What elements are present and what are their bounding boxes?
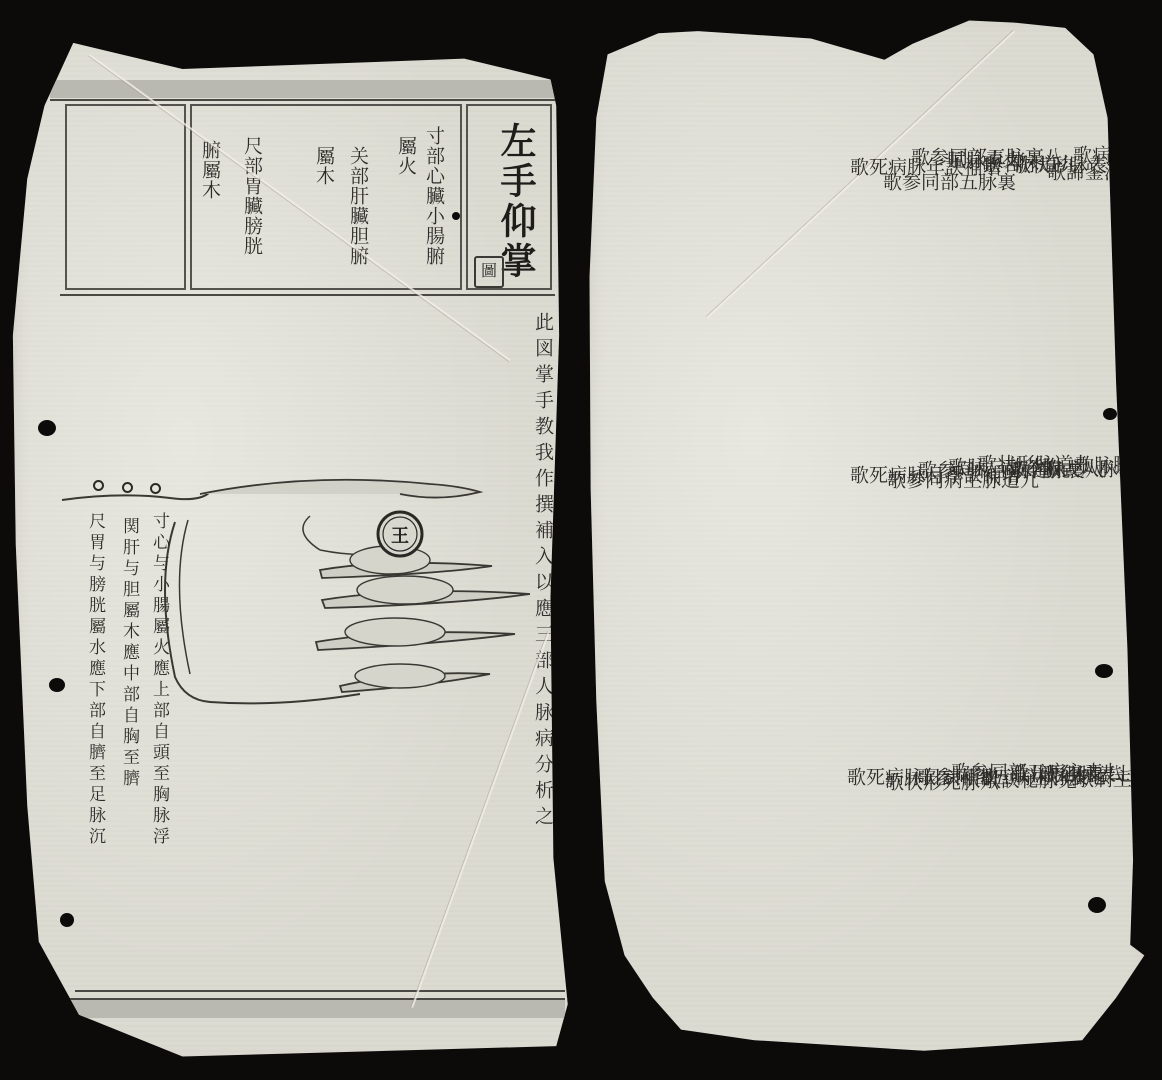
diagram-note-chi: 尺胃与膀胱屬水應下部自臍至足脉沉 — [86, 512, 103, 848]
wormhole — [452, 212, 460, 220]
header-empty-box — [65, 104, 186, 290]
bottom-rule-1 — [75, 990, 565, 992]
side-note: 此図掌手教我作撰補入以應三部人脉病分析之 — [533, 312, 552, 832]
entry: 增補訣日脉病死歌 — [845, 767, 997, 787]
wormhole — [1088, 897, 1106, 913]
wormhole — [60, 913, 74, 927]
bottom-border-band — [70, 1000, 565, 1018]
diagram-note-cun: 寸心与小腸屬火應上部自頭至胸脉浮 — [150, 512, 167, 848]
wormhole — [49, 678, 65, 692]
header-col-1: 寸部心臟小腸腑 — [424, 126, 443, 266]
wormhole — [1103, 408, 1117, 420]
entry: 增補訣年脉病死歌 — [848, 157, 1000, 177]
right-page: 肝臟主病歌 脉法鉴諦歌 七表脉形状歌 九道脉名歌 太素脉賦 八裏脉五部同参歌 裏… — [585, 12, 1150, 1072]
left-page: 左手仰掌 圖 寸部心臟小腸腑 屬火 关部肝臟胆腑 屬木 尺部胃臟膀胱 腑屬木 此… — [10, 22, 585, 1067]
top-rule — [50, 99, 560, 101]
header-content-box — [190, 104, 462, 290]
wormhole — [38, 420, 56, 436]
header-bottom-rule — [60, 294, 555, 296]
diagram-note-guan: 関肝与胆屬木應中部自胸至臍 — [120, 517, 137, 790]
header-col-6: 腑屬木 — [200, 140, 219, 200]
header-col-2: 屬火 — [396, 136, 415, 176]
header-col-5: 尺部胃臟膀胱 — [242, 136, 261, 256]
header-col-4: 屬木 — [314, 146, 333, 186]
title-seal-tu: 圖 — [474, 256, 504, 288]
entry: 增補訣季月脉病死歌 — [848, 465, 1019, 485]
center-seal-mark: 王 — [391, 522, 409, 548]
wormhole — [1095, 664, 1113, 678]
